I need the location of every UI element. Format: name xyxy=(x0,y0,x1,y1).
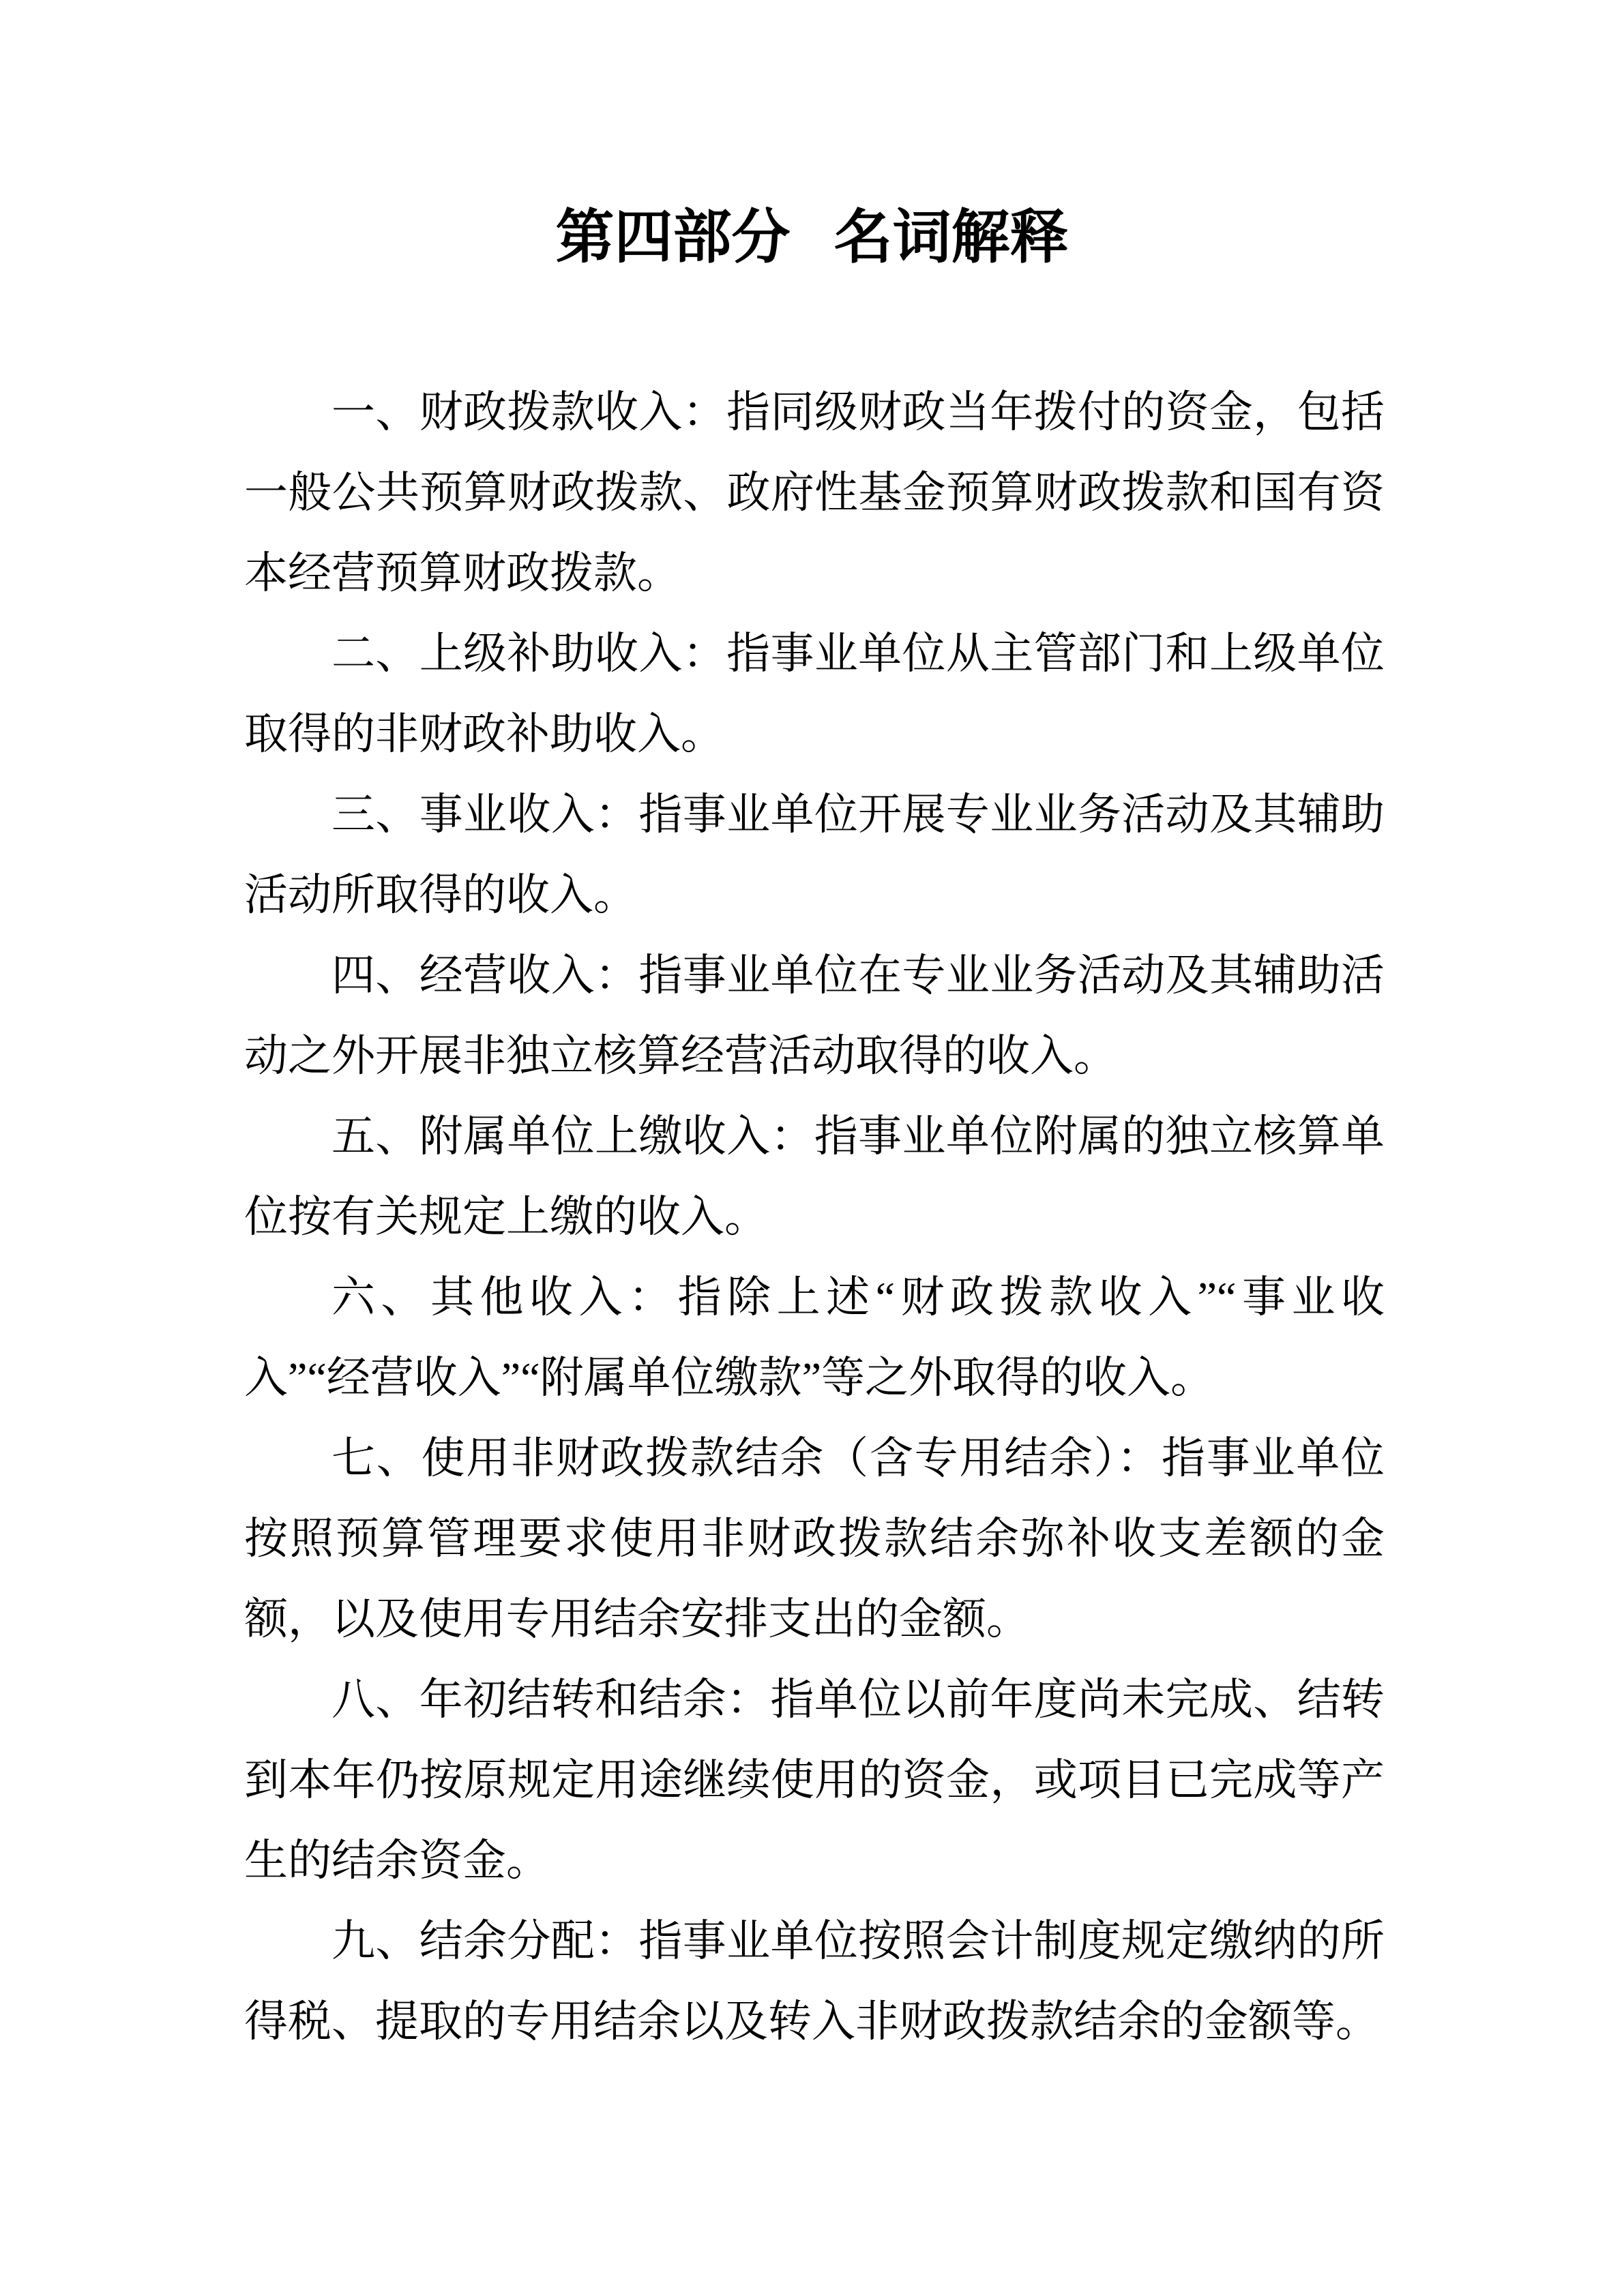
paragraph-7-use-of-non-fiscal-appropriation-surplus: 七、使用非财政拨款结余（含专用结余）：指事业单位按照预算管理要求使用非财政拨款结… xyxy=(244,1418,1385,1660)
paragraph-6-other-income: 六、其他收入：指除上述“财政拨款收入”“事业收入”“经营收入”“附属单位缴款”等… xyxy=(244,1257,1385,1418)
paragraph-2-superior-subsidy-income: 二、上级补助收入：指事业单位从主管部门和上级单位取得的非财政补助收入。 xyxy=(244,614,1385,775)
paragraph-1-fiscal-appropriation-income: 一、财政拨款收入：指同级财政当年拨付的资金，包括一般公共预算财政拨款、政府性基金… xyxy=(244,372,1385,614)
paragraph-3-institutional-income: 三、事业收入：指事业单位开展专业业务活动及其辅助活动所取得的收入。 xyxy=(244,775,1385,936)
document-page: 第四部分 名词解释 一、财政拨款收入：指同级财政当年拨付的资金，包括一般公共预算… xyxy=(0,0,1624,2296)
paragraph-5-affiliated-unit-remitted-income: 五、附属单位上缴收入：指事业单位附属的独立核算单位按有关规定上缴的收入。 xyxy=(244,1097,1385,1257)
paragraph-8-beginning-year-carryover-and-surplus: 八、年初结转和结余：指单位以前年度尚未完成、结转到本年仍按原规定用途继续使用的资… xyxy=(244,1660,1385,1901)
paragraph-4-operating-income: 四、经营收入：指事业单位在专业业务活动及其辅助活动之外开展非独立核算经营活动取得… xyxy=(244,936,1385,1097)
page-title: 第四部分 名词解释 xyxy=(0,207,1624,267)
paragraph-9-surplus-distribution: 九、结余分配：指事业单位按照会计制度规定缴纳的所得税、提取的专用结余以及转入非财… xyxy=(244,1901,1385,2062)
document-body: 一、财政拨款收入：指同级财政当年拨付的资金，包括一般公共预算财政拨款、政府性基金… xyxy=(244,372,1385,2062)
